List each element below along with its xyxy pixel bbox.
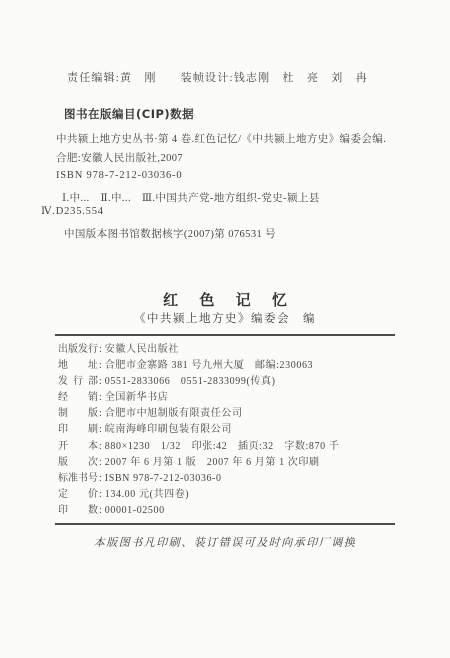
pub-row-publisher: 出版发行:安徽人民出版社 [58,342,339,358]
binding-designer: 装帧设计:钱志刚 杜 亮 刘 冉 [181,69,368,85]
divider-top [55,334,395,336]
pub-row-value: 880×1230 1/32 印张:42 插页:32 字数:870 千 [105,439,340,455]
pub-row-separator: : [99,471,102,487]
pub-row-value: 00001-02500 [105,503,165,519]
pub-row-label: 出版发行 [58,342,98,358]
cip-line-isbn: ISBN 978-7-212-03036-0 [56,170,182,181]
pub-row-label: 地址 [58,358,98,374]
pub-row-value: 134.00 元(共四卷) [105,487,189,503]
pub-row-label: 定价 [58,487,98,503]
pub-row-value: 全国新华书店 [105,390,169,406]
cip-line-record-number: 中国版本图书馆数据核字(2007)第 076531 号 [64,226,276,241]
pub-row-label: 标准书号 [58,471,98,487]
cip-line-series: 中共颍上地方史丛书·第 4 卷.红色记忆/《中共颍上地方史》编委会编. [56,131,386,146]
book-byline: 《中共颍上地方史》编委会 编 [0,310,450,326]
pub-row-value: 合肥市金寨路 381 号九州大厦 邮编:230063 [105,358,313,374]
pub-row-value: 0551-2833066 0551-2833099(传真) [105,374,276,390]
cip-line-classification: Ⅰ.中... Ⅱ.中... Ⅲ.中国共产党-地方组织-党史-颍上县 [62,190,320,205]
pub-row-value: 安徽人民出版社 [105,342,179,358]
pub-row-label: 制版 [58,406,98,422]
pub-row-separator: : [99,503,102,519]
divider-bottom [55,523,395,525]
pub-row-label: 发行部 [58,374,98,390]
pub-row-value: 2007 年 6 月第 1 版 2007 年 6 月第 1 次印刷 [105,455,320,471]
pub-row-separator: : [99,390,102,406]
responsible-editor: 责任编辑:黄 刚 [67,69,157,85]
pub-row-format: 开本:880×1230 1/32 印张:42 插页:32 字数:870 千 [58,439,339,455]
cip-line-publisher: 合肥:安徽人民出版社,2007 [56,150,183,165]
pub-row-isbn: 标准书号:ISBN 978-7-212-03036-0 [58,471,339,487]
pub-row-label: 印数 [58,503,98,519]
pub-row-retail: 经销:全国新华书店 [58,390,339,406]
cip-line-class-number: Ⅳ.D235.554 [41,205,104,217]
pub-row-plate-making: 制版:合肥市中旭制版有限责任公司 [58,406,339,422]
errata-note: 本版图书凡印刷、装订错误可及时向承印厂调换 [0,534,450,550]
pub-row-separator: : [99,374,102,390]
pub-row-value: 合肥市中旭制版有限责任公司 [105,406,243,422]
pub-row-edition: 版次:2007 年 6 月第 1 版 2007 年 6 月第 1 次印刷 [58,455,339,471]
pub-row-separator: : [99,342,102,358]
pub-row-label: 版次 [58,455,98,471]
pub-row-value: 皖南海峰印刷包装有限公司 [105,422,232,438]
pub-row-printing: 印刷:皖南海峰印刷包装有限公司 [58,422,339,438]
masthead: 责任编辑:黄 刚 装帧设计:钱志刚 杜 亮 刘 冉 [67,69,368,85]
pub-row-separator: : [99,422,102,438]
pub-row-label: 经销 [58,390,98,406]
pub-row-separator: : [99,455,102,471]
publication-list: 出版发行:安徽人民出版社 地址:合肥市金寨路 381 号九州大厦 邮编:2300… [58,342,339,519]
book-title: 红 色 记 忆 [0,289,450,310]
pub-row-price: 定价:134.00 元(共四卷) [58,487,339,503]
pub-row-print-run: 印数:00001-02500 [58,503,339,519]
copyright-page: 责任编辑:黄 刚 装帧设计:钱志刚 杜 亮 刘 冉 图书在版编目(CIP)数据 … [0,0,450,658]
pub-row-separator: : [99,358,102,374]
pub-row-distribution: 发行部:0551-2833066 0551-2833099(传真) [58,374,339,390]
pub-row-separator: : [99,439,102,455]
pub-row-separator: : [99,406,102,422]
pub-row-value: ISBN 978-7-212-03036-0 [105,471,222,487]
pub-row-label: 开本 [58,439,98,455]
pub-row-separator: : [99,487,102,503]
pub-row-address: 地址:合肥市金寨路 381 号九州大厦 邮编:230063 [58,358,339,374]
pub-row-label: 印刷 [58,422,98,438]
cip-heading: 图书在版编目(CIP)数据 [64,106,194,122]
